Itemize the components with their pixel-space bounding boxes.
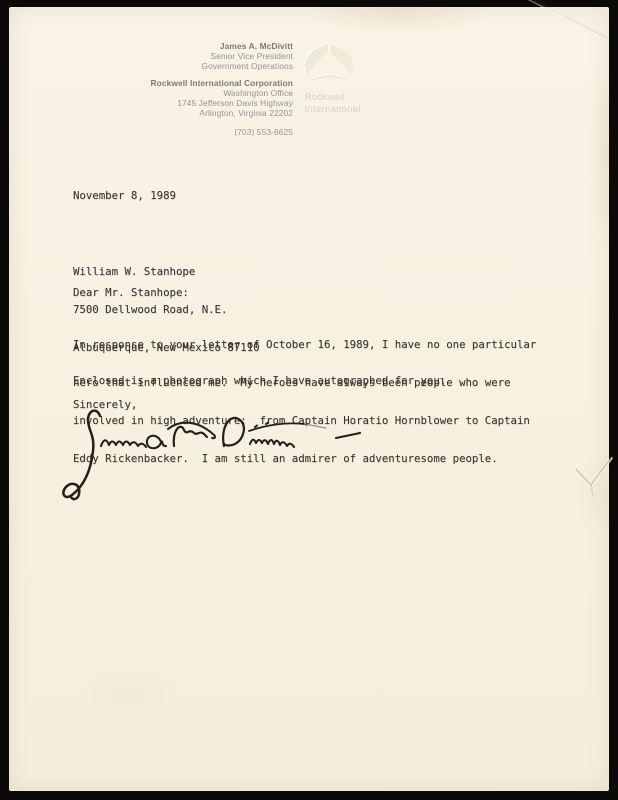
- letter-paper: James A. McDivitt Senior Vice President …: [9, 7, 609, 791]
- scan-black-border: James A. McDivitt Senior Vice President …: [0, 0, 618, 800]
- letterhead-company: Rockwell International Corporation: [9, 78, 293, 88]
- letterhead-office: Washington Office: [9, 88, 293, 98]
- signature-james-a-mcdivitt: [54, 404, 374, 509]
- corner-crease-mark: [525, 0, 608, 39]
- letter-date: November 8, 1989: [73, 190, 176, 203]
- rockwell-emblem-icon: [301, 43, 357, 87]
- letterhead-phone: (703) 553-6625: [9, 127, 293, 137]
- letterhead-department: Government Operations: [9, 61, 293, 71]
- salutation: Dear Mr. Stanhope:: [73, 287, 189, 300]
- letterhead-city: Arlington, Virginia 22202: [9, 108, 293, 118]
- body-line: In response to your letter of October 16…: [73, 339, 536, 352]
- logo-line-2: International: [304, 103, 360, 115]
- logo-line-1: Rockwell: [304, 91, 360, 103]
- paper-crease-mark: [559, 447, 618, 517]
- letterhead-title: Senior Vice President: [9, 51, 293, 61]
- rockwell-embossed-wordmark: Rockwell International: [304, 91, 360, 115]
- enclosure-line: Enclosed is a photograph which I have au…: [73, 375, 446, 388]
- letterhead-block: James A. McDivitt Senior Vice President …: [9, 41, 293, 137]
- letterhead-street: 1745 Jefferson Davis Highway: [9, 98, 293, 108]
- recipient-name: William W. Stanhope: [73, 266, 260, 279]
- letterhead-name: James A. McDivitt: [9, 41, 293, 51]
